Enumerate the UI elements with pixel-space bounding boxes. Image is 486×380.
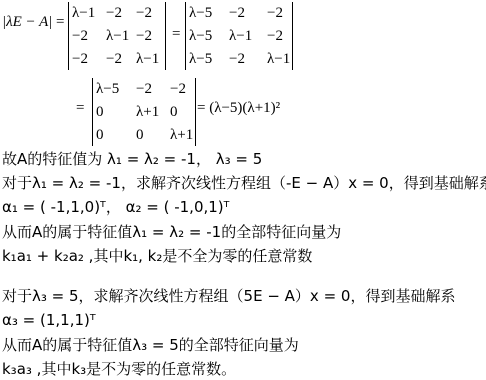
matrix-3-cell: 0 [136, 125, 170, 145]
matrix-2-cell: −2 [229, 49, 267, 69]
matrix-3-cell: λ+1 [136, 102, 170, 122]
matrix-2-cell: −2 [229, 3, 267, 23]
matrix-2-cell: λ−5 [189, 3, 229, 23]
determinant-lhs: |λE − A| [2, 14, 52, 31]
equals-sign: = [172, 26, 180, 43]
matrix-1-cell: −2 [106, 3, 136, 23]
matrix-2-cell: λ−1 [267, 49, 295, 69]
matrix-1-cell: λ−1 [136, 49, 164, 69]
matrix-1-cell: −2 [106, 49, 136, 69]
matrix-3-cell: λ+1 [170, 125, 198, 145]
text-line-combination-3: k₃a₃ ,其中k₃是不为零的任意常数。 [2, 359, 236, 379]
text-line-eigenvectors-lambda3: 从而A的属于特征值λ₃ = 5的全部特征向量为 [2, 335, 299, 355]
matrix-3: λ−5 −2 −2 0 λ+1 0 0 0 λ+1 [92, 78, 196, 146]
matrix-2-cell: −2 [267, 3, 295, 23]
text-line-eigenvectors-lambda12: 从而A的属于特征值λ₁ = λ₂ = -1的全部特征向量为 [2, 222, 341, 242]
matrix-2-cell: λ−1 [229, 26, 267, 46]
matrix-3-cell: −2 [170, 79, 198, 99]
matrix-2-cell: λ−5 [189, 26, 229, 46]
text-line-solve-lambda12: 对于λ₁ = λ₂ = -1，求解齐次线性方程组（-E − A）x = 0，得到… [2, 173, 486, 193]
text-line-solve-lambda3: 对于λ₃ = 5，求解齐次线性方程组（5E − A）x = 0，得到基础解系 [2, 286, 455, 306]
equals-sign: = [76, 100, 84, 117]
matrix-3-cell: 0 [170, 102, 198, 122]
matrix-1-cell: −2 [72, 26, 106, 46]
matrix-1: λ−1 −2 −2 −2 λ−1 −2 −2 −2 λ−1 [68, 2, 166, 70]
matrix-3-cell: 0 [96, 102, 136, 122]
matrix-1-cell: −2 [136, 26, 164, 46]
text-line-eigenvalues: 故A的特征值为 λ₁ = λ₂ = -1， λ₃ = 5 [2, 149, 262, 169]
matrix-2-cell: −2 [267, 26, 295, 46]
matrix-1-cell: λ−1 [106, 26, 136, 46]
text-line-alpha3: α₃ = (1,1,1)ᵀ [2, 310, 96, 330]
matrix-2-cell: λ−5 [189, 49, 229, 69]
text-line-alpha12: α₁ = ( -1,1,0)ᵀ， α₂ = ( -1,0,1)ᵀ [2, 197, 229, 217]
matrix-1-cell: −2 [136, 3, 164, 23]
equals-sign: = [56, 14, 64, 31]
text-line-combination-12: k₁a₁ + k₂a₂ ,其中k₁, k₂是不全为零的任意常数 [2, 246, 312, 266]
matrix-3-cell: λ−5 [96, 79, 136, 99]
matrix-3-cell: −2 [136, 79, 170, 99]
matrix-1-cell: −2 [72, 49, 106, 69]
characteristic-polynomial: = (λ−5)(λ+1)² [197, 100, 280, 117]
matrix-1-cell: λ−1 [72, 3, 106, 23]
matrix-2: λ−5 −2 −2 λ−5 λ−1 −2 λ−5 −2 λ−1 [185, 2, 293, 70]
matrix-3-cell: 0 [96, 125, 136, 145]
